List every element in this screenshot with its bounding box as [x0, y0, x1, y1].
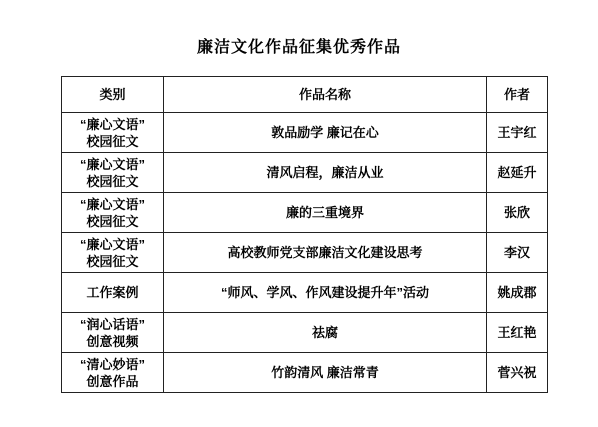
work-cell: 竹韵清风 廉洁常青 — [164, 353, 487, 393]
awards-table: 类别 作品名称 作者 “廉心文语” 校园征文 敦品励学 廉记在心 王宇红 “廉心… — [61, 76, 548, 393]
table-row: “清心妙语” 创意作品 竹韵清风 廉洁常青 菅兴祝 — [62, 353, 548, 393]
work-cell: 高校教师党支部廉洁文化建设思考 — [164, 233, 487, 273]
author-cell: 张欣 — [487, 193, 548, 233]
author-cell: 李汉 — [487, 233, 548, 273]
work-cell: 清风启程，廉洁从业 — [164, 153, 487, 193]
page-title: 廉洁文化作品征集优秀作品 — [0, 38, 598, 58]
category-cell: “廉心文语” 校园征文 — [62, 233, 164, 273]
column-header-author: 作者 — [487, 77, 548, 113]
category-cell: 工作案例 — [62, 273, 164, 313]
work-cell: 祛腐 — [164, 313, 487, 353]
author-cell: 姚成郡 — [487, 273, 548, 313]
column-header-work: 作品名称 — [164, 77, 487, 113]
author-cell: 王红艳 — [487, 313, 548, 353]
column-header-category: 类别 — [62, 77, 164, 113]
author-cell: 赵延升 — [487, 153, 548, 193]
work-cell: “师风、学风、作风建设提升年”活动 — [164, 273, 487, 313]
work-cell: 廉的三重境界 — [164, 193, 487, 233]
table-row: “廉心文语” 校园征文 廉的三重境界 张欣 — [62, 193, 548, 233]
table-row: “廉心文语” 校园征文 高校教师党支部廉洁文化建设思考 李汉 — [62, 233, 548, 273]
work-cell: 敦品励学 廉记在心 — [164, 113, 487, 153]
table-row: “廉心文语” 校园征文 清风启程，廉洁从业 赵延升 — [62, 153, 548, 193]
category-cell: “廉心文语” 校园征文 — [62, 153, 164, 193]
table-row: 工作案例 “师风、学风、作风建设提升年”活动 姚成郡 — [62, 273, 548, 313]
table-header-row: 类别 作品名称 作者 — [62, 77, 548, 113]
category-cell: “清心妙语” 创意作品 — [62, 353, 164, 393]
author-cell: 菅兴祝 — [487, 353, 548, 393]
category-cell: “廉心文语” 校园征文 — [62, 113, 164, 153]
category-cell: “润心话语” 创意视频 — [62, 313, 164, 353]
table-row: “润心话语” 创意视频 祛腐 王红艳 — [62, 313, 548, 353]
author-cell: 王宇红 — [487, 113, 548, 153]
category-cell: “廉心文语” 校园征文 — [62, 193, 164, 233]
table-row: “廉心文语” 校园征文 敦品励学 廉记在心 王宇红 — [62, 113, 548, 153]
